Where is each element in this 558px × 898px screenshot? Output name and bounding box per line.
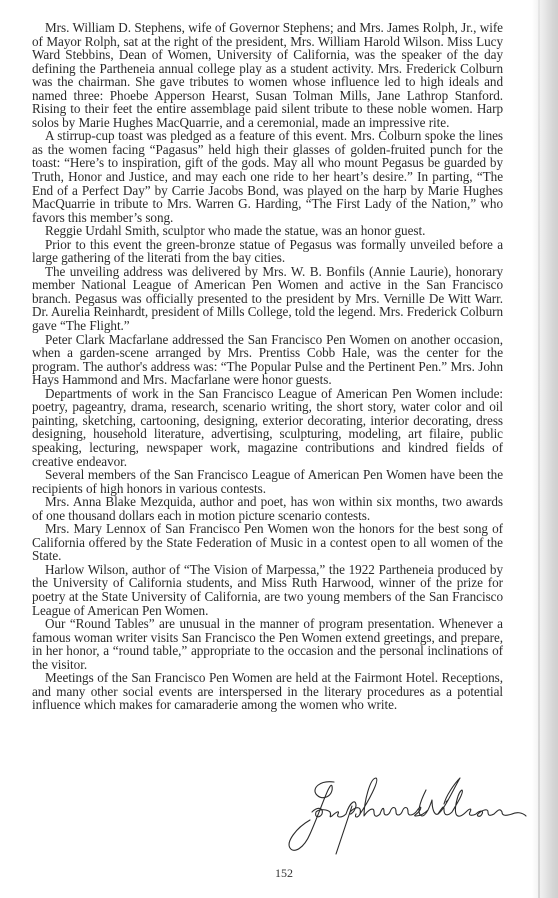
paragraph: A stirrup-cup toast was pledged as a fea… bbox=[32, 129, 503, 224]
signature bbox=[276, 772, 536, 858]
paragraph: Reggie Urdahl Smith, sculptor who made t… bbox=[32, 224, 503, 238]
signature-icon bbox=[276, 772, 536, 858]
paragraph: Meetings of the San Francisco Pen Women … bbox=[32, 671, 503, 712]
paragraph: Several members of the San Francisco Lea… bbox=[32, 468, 503, 495]
article-body: Mrs. William D. Stephens, wife of Govern… bbox=[32, 21, 503, 712]
page-number: 152 bbox=[275, 866, 293, 881]
paragraph: Departments of work in the San Francisco… bbox=[32, 387, 503, 468]
paragraph: Prior to this event the green-bronze sta… bbox=[32, 238, 503, 265]
paragraph: Mrs. Mary Lennox of San Francisco Pen Wo… bbox=[32, 522, 503, 563]
paragraph: Peter Clark Macfarlane addressed the San… bbox=[32, 333, 503, 387]
paragraph: Our “Round Tables” are unusual in the ma… bbox=[32, 617, 503, 671]
paragraph: Harlow Wilson, author of “The Vision of … bbox=[32, 563, 503, 617]
paragraph: The unveiling address was delivered by M… bbox=[32, 265, 503, 333]
page-binding-edge bbox=[532, 0, 558, 898]
paragraph: Mrs. Anna Blake Mezquida, author and poe… bbox=[32, 495, 503, 522]
paragraph: Mrs. William D. Stephens, wife of Govern… bbox=[32, 21, 503, 129]
